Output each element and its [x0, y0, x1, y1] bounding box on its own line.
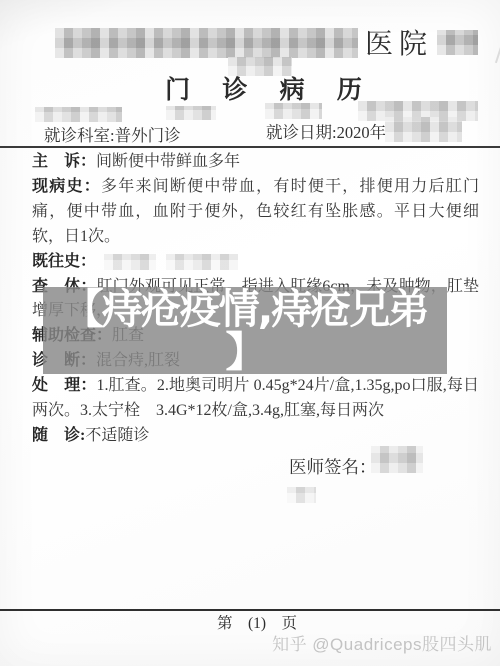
field-past-history: 既往史： — [32, 250, 479, 275]
caption-overlay: 【痔疮疫情,痔疮兄弟 】 — [43, 287, 447, 374]
field-text: 1.肛查。2.地奥司明片 0.45g*24片/盒,1.35g,po口服,每日两次… — [32, 377, 479, 419]
page-corner-edge — [495, 19, 500, 63]
physician-signature-label: 医师签名： — [289, 454, 377, 479]
field-present-illness: 现病史：多年来间断便中带血，有时便干，排便用力后肛门痛，便中带血，血附于便外，色… — [32, 175, 479, 250]
signature-sub-redaction — [287, 487, 316, 503]
caption-overlay-line1: 【痔疮疫情,痔疮兄弟 — [63, 288, 428, 331]
medical-record-photo: 医院 门 诊 病 历 就诊科室:普外门诊 就诊日期:2020年 主 诉：间断便中… — [0, 0, 500, 666]
header-divider-line — [0, 146, 500, 148]
patient-info-redaction-2 — [166, 106, 216, 120]
field-treatment: 处 理：1.肛查。2.地奥司明片 0.45g*24片/盒,1.35g,po口服,… — [32, 374, 479, 424]
patient-info-redaction-3 — [265, 103, 322, 119]
field-label: 随 诊: — [32, 427, 85, 444]
field-chief-complaint: 主 诉：间断便中带鲜血多年 — [32, 150, 479, 175]
visit-department: 就诊科室:普外门诊 — [44, 122, 181, 146]
visit-date: 就诊日期:2020年 — [266, 119, 386, 143]
field-text: 间断便中带鲜血多年 — [96, 153, 240, 170]
visit-date-redaction — [385, 117, 462, 142]
field-label: 既往史： — [32, 253, 96, 270]
patient-info-redaction-1 — [35, 107, 122, 122]
field-label: 主 诉： — [32, 153, 96, 170]
caption-overlay-line2: 】 — [226, 331, 265, 374]
hospital-name-redaction-2 — [437, 30, 478, 55]
hospital-name-redaction — [55, 28, 358, 58]
hospital-suffix-text: 医院 — [365, 22, 433, 62]
field-text: 不适随诊 — [85, 427, 149, 444]
field-label: 处 理： — [32, 377, 96, 394]
zhihu-watermark: 知乎 @Quadriceps股四头肌 — [272, 630, 492, 655]
past-history-redaction-2 — [166, 254, 238, 270]
past-history-redaction-1 — [104, 254, 156, 270]
field-label: 现病史： — [32, 178, 101, 195]
signature-redaction — [371, 446, 423, 473]
